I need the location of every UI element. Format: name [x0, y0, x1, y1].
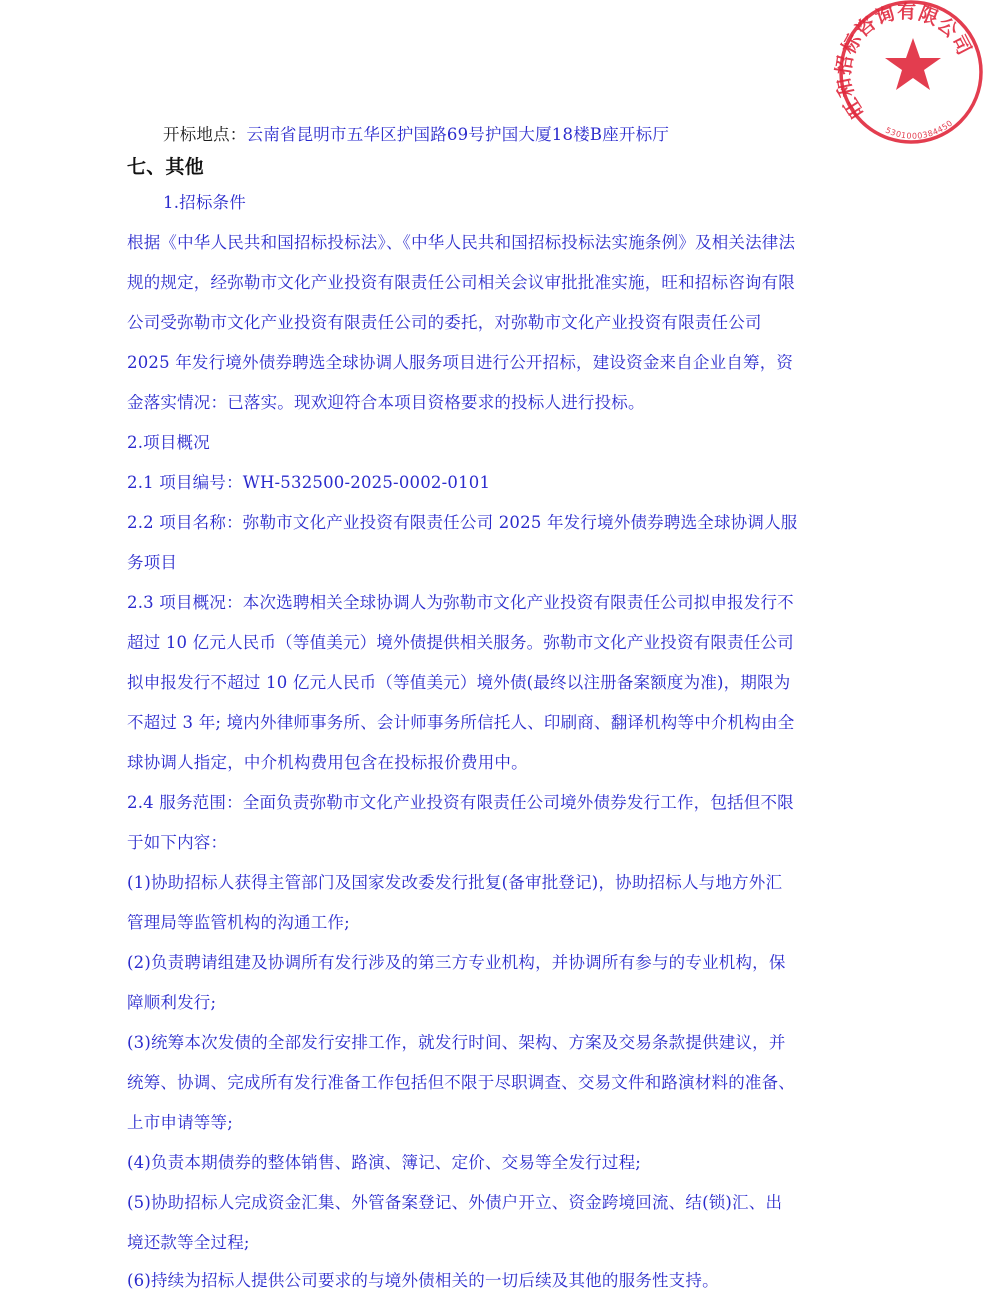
- service-scope-line-1: 2.4 服务范围：全面负责弥勒市文化产业投资有限责任公司境外债券发行工作，包括但…: [127, 793, 794, 813]
- document-page: 开标地点：云南省昆明市五华区护国路69号护国大厦18楼B座开标厅 七、其他 1.…: [0, 0, 985, 1299]
- paragraph-1-line-5: 金落实情况：已落实。现欢迎符合本项目资格要求的投标人进行投标。: [127, 393, 645, 413]
- company-seal: 旺和招标咨询有限公司 5301000384450: [833, 0, 985, 146]
- service-scope-line-8: 统筹、协调、完成所有发行准备工作包括但不限于尽职调查、交易文件和路演材料的准备、: [127, 1073, 795, 1093]
- service-scope-line-5: (2)负责聘请组建及协调所有发行涉及的第三方专业机构，并协调所有参与的专业机构，…: [127, 953, 786, 973]
- service-scope-line-7: (3)统筹本次发债的全部发行安排工作，就发行时间、架构、方案及交易条款提供建议，…: [127, 1033, 786, 1053]
- service-scope-line-10: (4)负责本期债券的整体销售、路演、簿记、定价、交易等全发行过程;: [127, 1153, 641, 1173]
- service-scope-line-12: 境还款等全过程;: [127, 1233, 250, 1253]
- project-overview-line-1: 2.3 项目概况：本次选聘相关全球协调人为弥勒市文化产业投资有限责任公司拟申报发…: [127, 593, 794, 613]
- svg-text:5301000384450: 5301000384450: [884, 118, 954, 140]
- project-overview-line-5: 球协调人指定，中介机构费用包含在投标报价费用中。: [127, 753, 528, 773]
- service-scope-line-13: (6)持续为招标人提供公司要求的与境外债相关的一切后续及其他的服务性支持。: [127, 1271, 719, 1291]
- service-scope-line-11: (5)协助招标人完成资金汇集、外管备案登记、外债户开立、资金跨境回流、结(锁)汇…: [127, 1193, 782, 1213]
- subsection-2-title: 2.项目概况: [127, 433, 210, 453]
- service-scope-line-4: 管理局等监管机构的沟通工作;: [127, 913, 350, 933]
- subsection-1-title: 1.招标条件: [163, 193, 246, 213]
- paragraph-1-line-2: 规的规定，经弥勒市文化产业投资有限责任公司相关会议审批批准实施，旺和招标咨询有限: [127, 273, 795, 293]
- seal-code: 5301000384450: [884, 118, 954, 140]
- project-overview-line-4: 不超过 3 年; 境内外律师事务所、会计师事务所信托人、印刷商、翻译机构等中介机…: [127, 713, 794, 733]
- seal-graphic: 旺和招标咨询有限公司 5301000384450: [833, 0, 985, 146]
- service-scope-line-3: (1)协助招标人获得主管部门及国家发改委发行批复(备审批登记)，协助招标人与地方…: [127, 873, 782, 893]
- service-scope-line-6: 障顺利发行;: [127, 993, 216, 1013]
- project-overview-line-2: 超过 10 亿元人民币（等值美元）境外债提供相关服务。弥勒市文化产业投资有限责任…: [127, 633, 794, 653]
- project-number: 2.1 项目编号：WH-532500-2025-0002-0101: [127, 473, 490, 493]
- paragraph-1-line-1: 根据《中华人民共和国招标投标法》、《中华人民共和国招标投标法实施条例》及相关法律…: [127, 233, 795, 253]
- project-overview-line-3: 拟申报发行不超过 10 亿元人民币（等值美元）境外债(最终以注册备案额度为准)，…: [127, 673, 790, 693]
- paragraph-1-line-3: 公司受弥勒市文化产业投资有限责任公司的委托，对弥勒市文化产业投资有限责任公司: [127, 313, 762, 333]
- venue-value: 云南省昆明市五华区护国路69号护国大厦18楼B座开标厅: [247, 125, 670, 144]
- bid-opening-venue: 开标地点：云南省昆明市五华区护国路69号护国大厦18楼B座开标厅: [127, 125, 669, 145]
- venue-label: 开标地点：: [163, 125, 247, 144]
- service-scope-line-9: 上市申请等等;: [127, 1113, 233, 1133]
- section-heading: 七、其他: [127, 157, 204, 177]
- project-name-line-1: 2.2 项目名称：弥勒市文化产业投资有限责任公司 2025 年发行境外债券聘选全…: [127, 513, 797, 533]
- paragraph-1-line-4: 2025 年发行境外债券聘选全球协调人服务项目进行公开招标，建设资金来自企业自筹…: [127, 353, 793, 373]
- service-scope-line-2: 于如下内容：: [127, 833, 227, 853]
- project-name-line-2: 务项目: [127, 553, 177, 573]
- star-icon: [885, 38, 941, 90]
